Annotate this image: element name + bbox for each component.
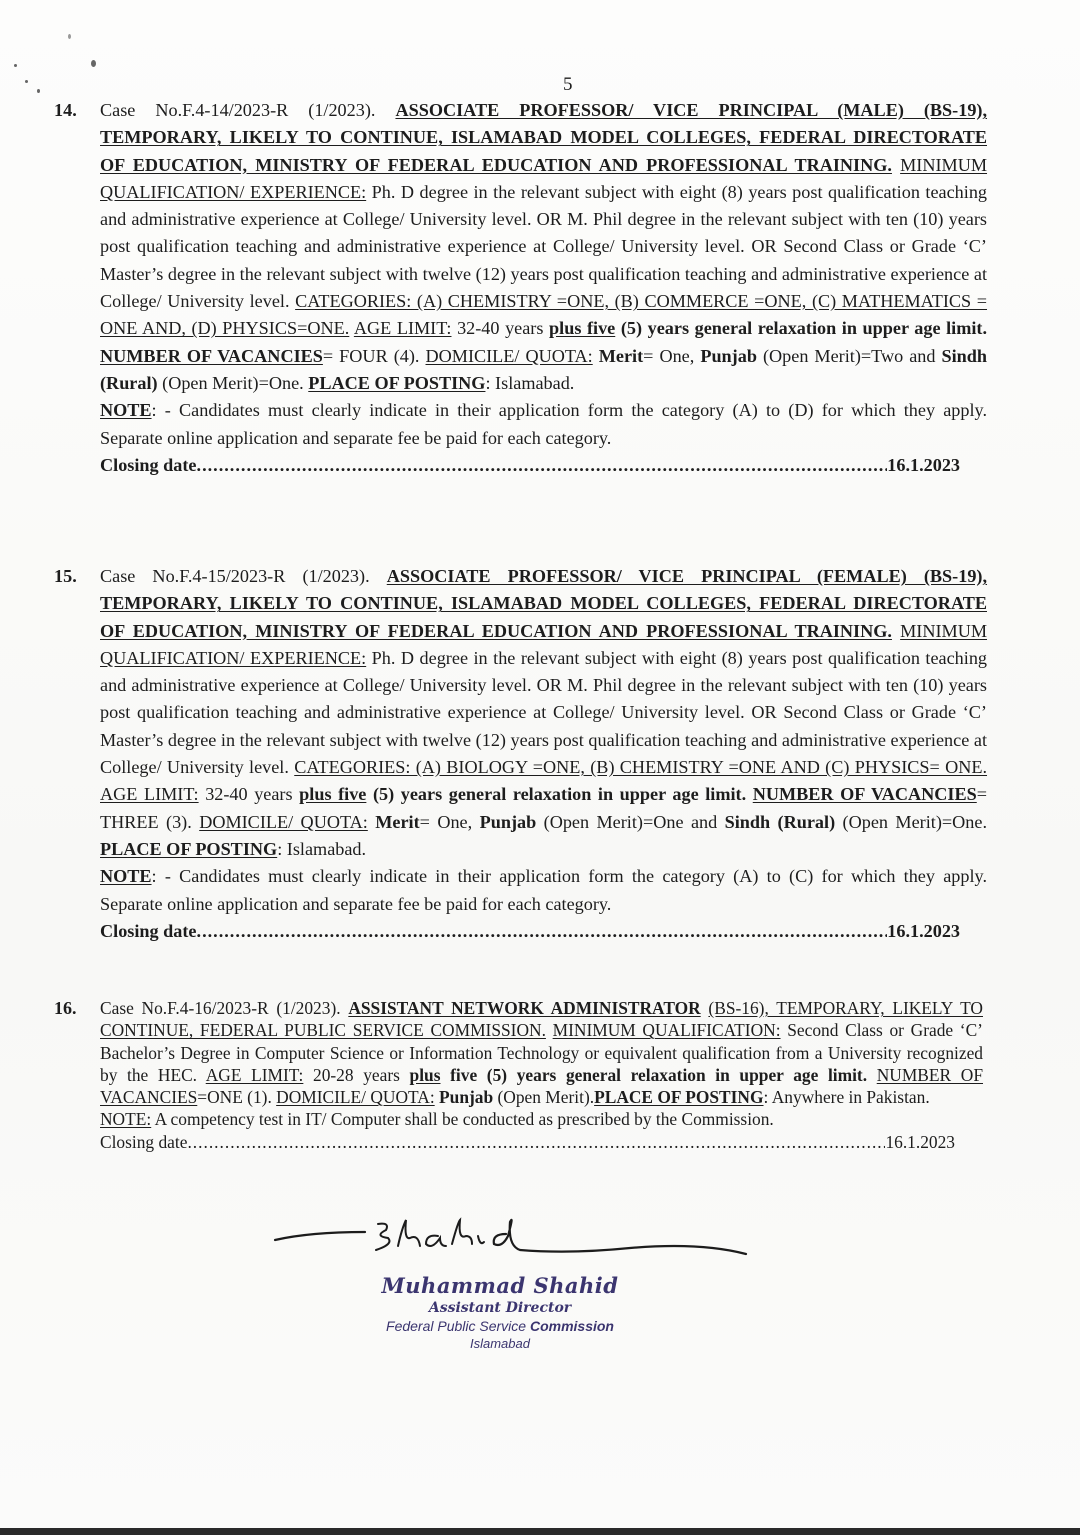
domicile-punjab: Punjab <box>480 812 537 832</box>
item-body: Case No.F.4-15/2023-R (1/2023). ASSOCIAT… <box>100 563 987 863</box>
dot-leader <box>187 1131 885 1153</box>
dot-leader <box>197 918 888 945</box>
posting-value: : Anywhere in Pakistan. <box>764 1087 930 1107</box>
signatory-name: Muhammad Shahid <box>330 1273 670 1298</box>
note: NOTE: - Candidates must clearly indicate… <box>100 397 987 452</box>
item-number: 14. <box>54 97 77 124</box>
note: NOTE: A competency test in IT/ Computer … <box>100 1108 983 1130</box>
domicile-punjab: Punjab <box>700 346 757 366</box>
note-label: NOTE: <box>100 1109 151 1129</box>
item-number: 15. <box>54 563 77 590</box>
organization-text: Federal Public Service <box>386 1318 530 1334</box>
age-limit-label: AGE LIMIT: <box>354 318 452 338</box>
age-range: 32-40 years <box>457 318 543 338</box>
note-label: NOTE <box>100 400 152 420</box>
domicile-sindh: Sindh (Rural) <box>725 812 836 832</box>
domicile-punjab: Punjab <box>439 1087 493 1107</box>
organization-text-bold: Commission <box>530 1318 614 1334</box>
signatory-designation: Assistant Director <box>330 1300 670 1316</box>
official-stamp: Muhammad Shahid Assistant Director Feder… <box>330 1273 670 1351</box>
domicile-text: (Open Merit)=One. <box>835 812 987 832</box>
item-body: Case No.F.4-16/2023-R (1/2023). ASSISTAN… <box>100 997 983 1108</box>
age-limit-label: AGE LIMIT: <box>206 1065 304 1085</box>
domicile-merit: Merit <box>375 812 419 832</box>
domicile-text: (Open Merit)=One and <box>536 812 724 832</box>
advertisement-item-16: 16. Case No.F.4-16/2023-R (1/2023). ASSI… <box>100 997 983 1153</box>
post-title: ASSISTANT NETWORK ADMINISTRATOR <box>348 998 700 1018</box>
domicile-label: DOMICILE/ QUOTA: <box>426 346 593 366</box>
posting-value: : Islamabad. <box>277 839 366 859</box>
note: NOTE: - Candidates must clearly indicate… <box>100 863 987 918</box>
closing-label: Closing date <box>100 452 197 479</box>
age-relaxation: (5) years general relaxation in upper ag… <box>621 318 987 338</box>
scan-speck <box>37 89 40 93</box>
closing-label: Closing date <box>100 918 197 945</box>
closing-date: 16.1.2023 <box>887 918 960 945</box>
closing-date: 16.1.2023 <box>887 452 960 479</box>
age-range: 20-28 years <box>313 1065 400 1085</box>
closing-label: Closing date <box>100 1131 187 1153</box>
note-text: : - Candidates must clearly indicate in … <box>100 866 987 913</box>
document-page: 5 14. Case No.F.4-14/2023-R (1/2023). AS… <box>0 0 1080 1535</box>
posting-value: : Islamabad. <box>485 373 574 393</box>
closing-date-row: Closing date 16.1.2023 <box>100 452 960 479</box>
vacancies-value: =ONE (1). <box>197 1087 272 1107</box>
case-number: Case No.F.4-15/2023-R (1/2023). <box>100 566 370 586</box>
note-label: NOTE <box>100 866 152 886</box>
advertisement-item-15: 15. Case No.F.4-15/2023-R (1/2023). ASSO… <box>100 563 987 945</box>
handwritten-signature <box>270 1210 760 1270</box>
vacancies-label: NUMBER OF VACANCIES <box>753 784 977 804</box>
signatory-city: Islamabad <box>330 1336 670 1351</box>
closing-date-row: Closing date 16.1.2023 <box>100 1131 955 1153</box>
item-number: 16. <box>54 997 77 1019</box>
posting-label: PLACE OF POSTING <box>594 1087 763 1107</box>
signatory-organization: Federal Public Service Commission <box>330 1318 670 1334</box>
closing-date: 16.1.2023 <box>885 1131 955 1153</box>
domicile-text: (Open Merit)=Two and <box>757 346 942 366</box>
domicile-text: (Open Merit). <box>493 1087 594 1107</box>
scan-speck <box>25 80 28 83</box>
categories: CATEGORIES: (A) BIOLOGY =ONE, (B) CHEMIS… <box>294 757 987 777</box>
scan-speck <box>68 34 71 39</box>
dot-leader <box>197 452 888 479</box>
advertisement-item-14: 14. Case No.F.4-14/2023-R (1/2023). ASSO… <box>100 97 987 479</box>
item-body: Case No.F.4-14/2023-R (1/2023). ASSOCIAT… <box>100 97 987 397</box>
plus-five: plus <box>410 1065 441 1085</box>
scan-speck <box>14 64 17 67</box>
scan-speck <box>91 60 96 67</box>
age-relaxation: five (5) years general relaxation in upp… <box>450 1065 867 1085</box>
qualification-label: MINIMUM QUALIFICATION: <box>553 1020 781 1040</box>
age-range: 32-40 years <box>205 784 292 804</box>
domicile-merit: Merit <box>599 346 643 366</box>
age-relaxation: (5) years general relaxation in upper ag… <box>373 784 746 804</box>
age-limit-label: AGE LIMIT: <box>100 784 199 804</box>
page-number: 5 <box>563 74 573 96</box>
posting-label: PLACE OF POSTING <box>100 839 277 859</box>
domicile-label: DOMICILE/ QUOTA: <box>276 1087 435 1107</box>
vacancies-value: = FOUR (4). <box>323 346 420 366</box>
note-text: : - Candidates must clearly indicate in … <box>100 400 987 447</box>
domicile-label: DOMICILE/ QUOTA: <box>199 812 368 832</box>
domicile-text: (Open Merit)=One. <box>158 373 304 393</box>
closing-date-row: Closing date 16.1.2023 <box>100 918 960 945</box>
posting-label: PLACE OF POSTING <box>308 373 485 393</box>
domicile-text: = One, <box>643 346 700 366</box>
scan-edge <box>0 1528 1080 1535</box>
plus-five: plus five <box>549 318 615 338</box>
domicile-text: = One, <box>420 812 480 832</box>
note-text: A competency test in IT/ Computer shall … <box>151 1109 774 1129</box>
plus-five: plus five <box>299 784 366 804</box>
case-number: Case No.F.4-14/2023-R (1/2023). <box>100 100 375 120</box>
case-number: Case No.F.4-16/2023-R (1/2023). <box>100 998 341 1018</box>
vacancies-label: NUMBER OF VACANCIES <box>100 346 323 366</box>
